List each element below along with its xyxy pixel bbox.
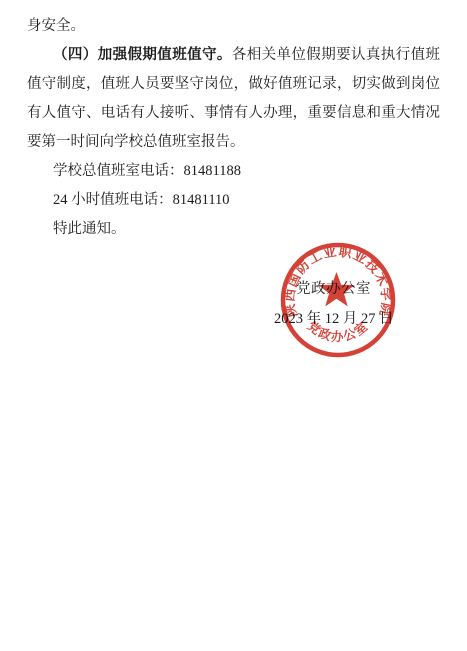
signature-office: 党政办公室 [296, 277, 371, 298]
hotline-phone-line: 24 小时值班电话：81481110 [27, 186, 440, 215]
section4-paragraph: （四）加强假期值班值守。各相关单位假期要认真执行值班值守制度，值班人员要坚守岗位… [27, 41, 440, 157]
document-date: 2023 年 12 月 27 日 [274, 307, 394, 328]
continuation-line: 身安全。 [27, 12, 440, 41]
notice-document-page: 身安全。 （四）加强假期值班值守。各相关单位假期要认真执行值班值守制度，值班人员… [0, 0, 467, 651]
closing-line: 特此通知。 [27, 215, 440, 244]
document-body: 身安全。 （四）加强假期值班值守。各相关单位假期要认真执行值班值守制度，值班人员… [27, 12, 440, 244]
seal-ring-border [283, 245, 393, 355]
official-seal: 陕西国防工业职业技术学院 党政办公室 [277, 239, 399, 361]
section4-heading: （四）加强假期值班值守。 [53, 47, 232, 63]
duty-office-phone-line: 学校总值班室电话：81481188 [27, 157, 440, 186]
